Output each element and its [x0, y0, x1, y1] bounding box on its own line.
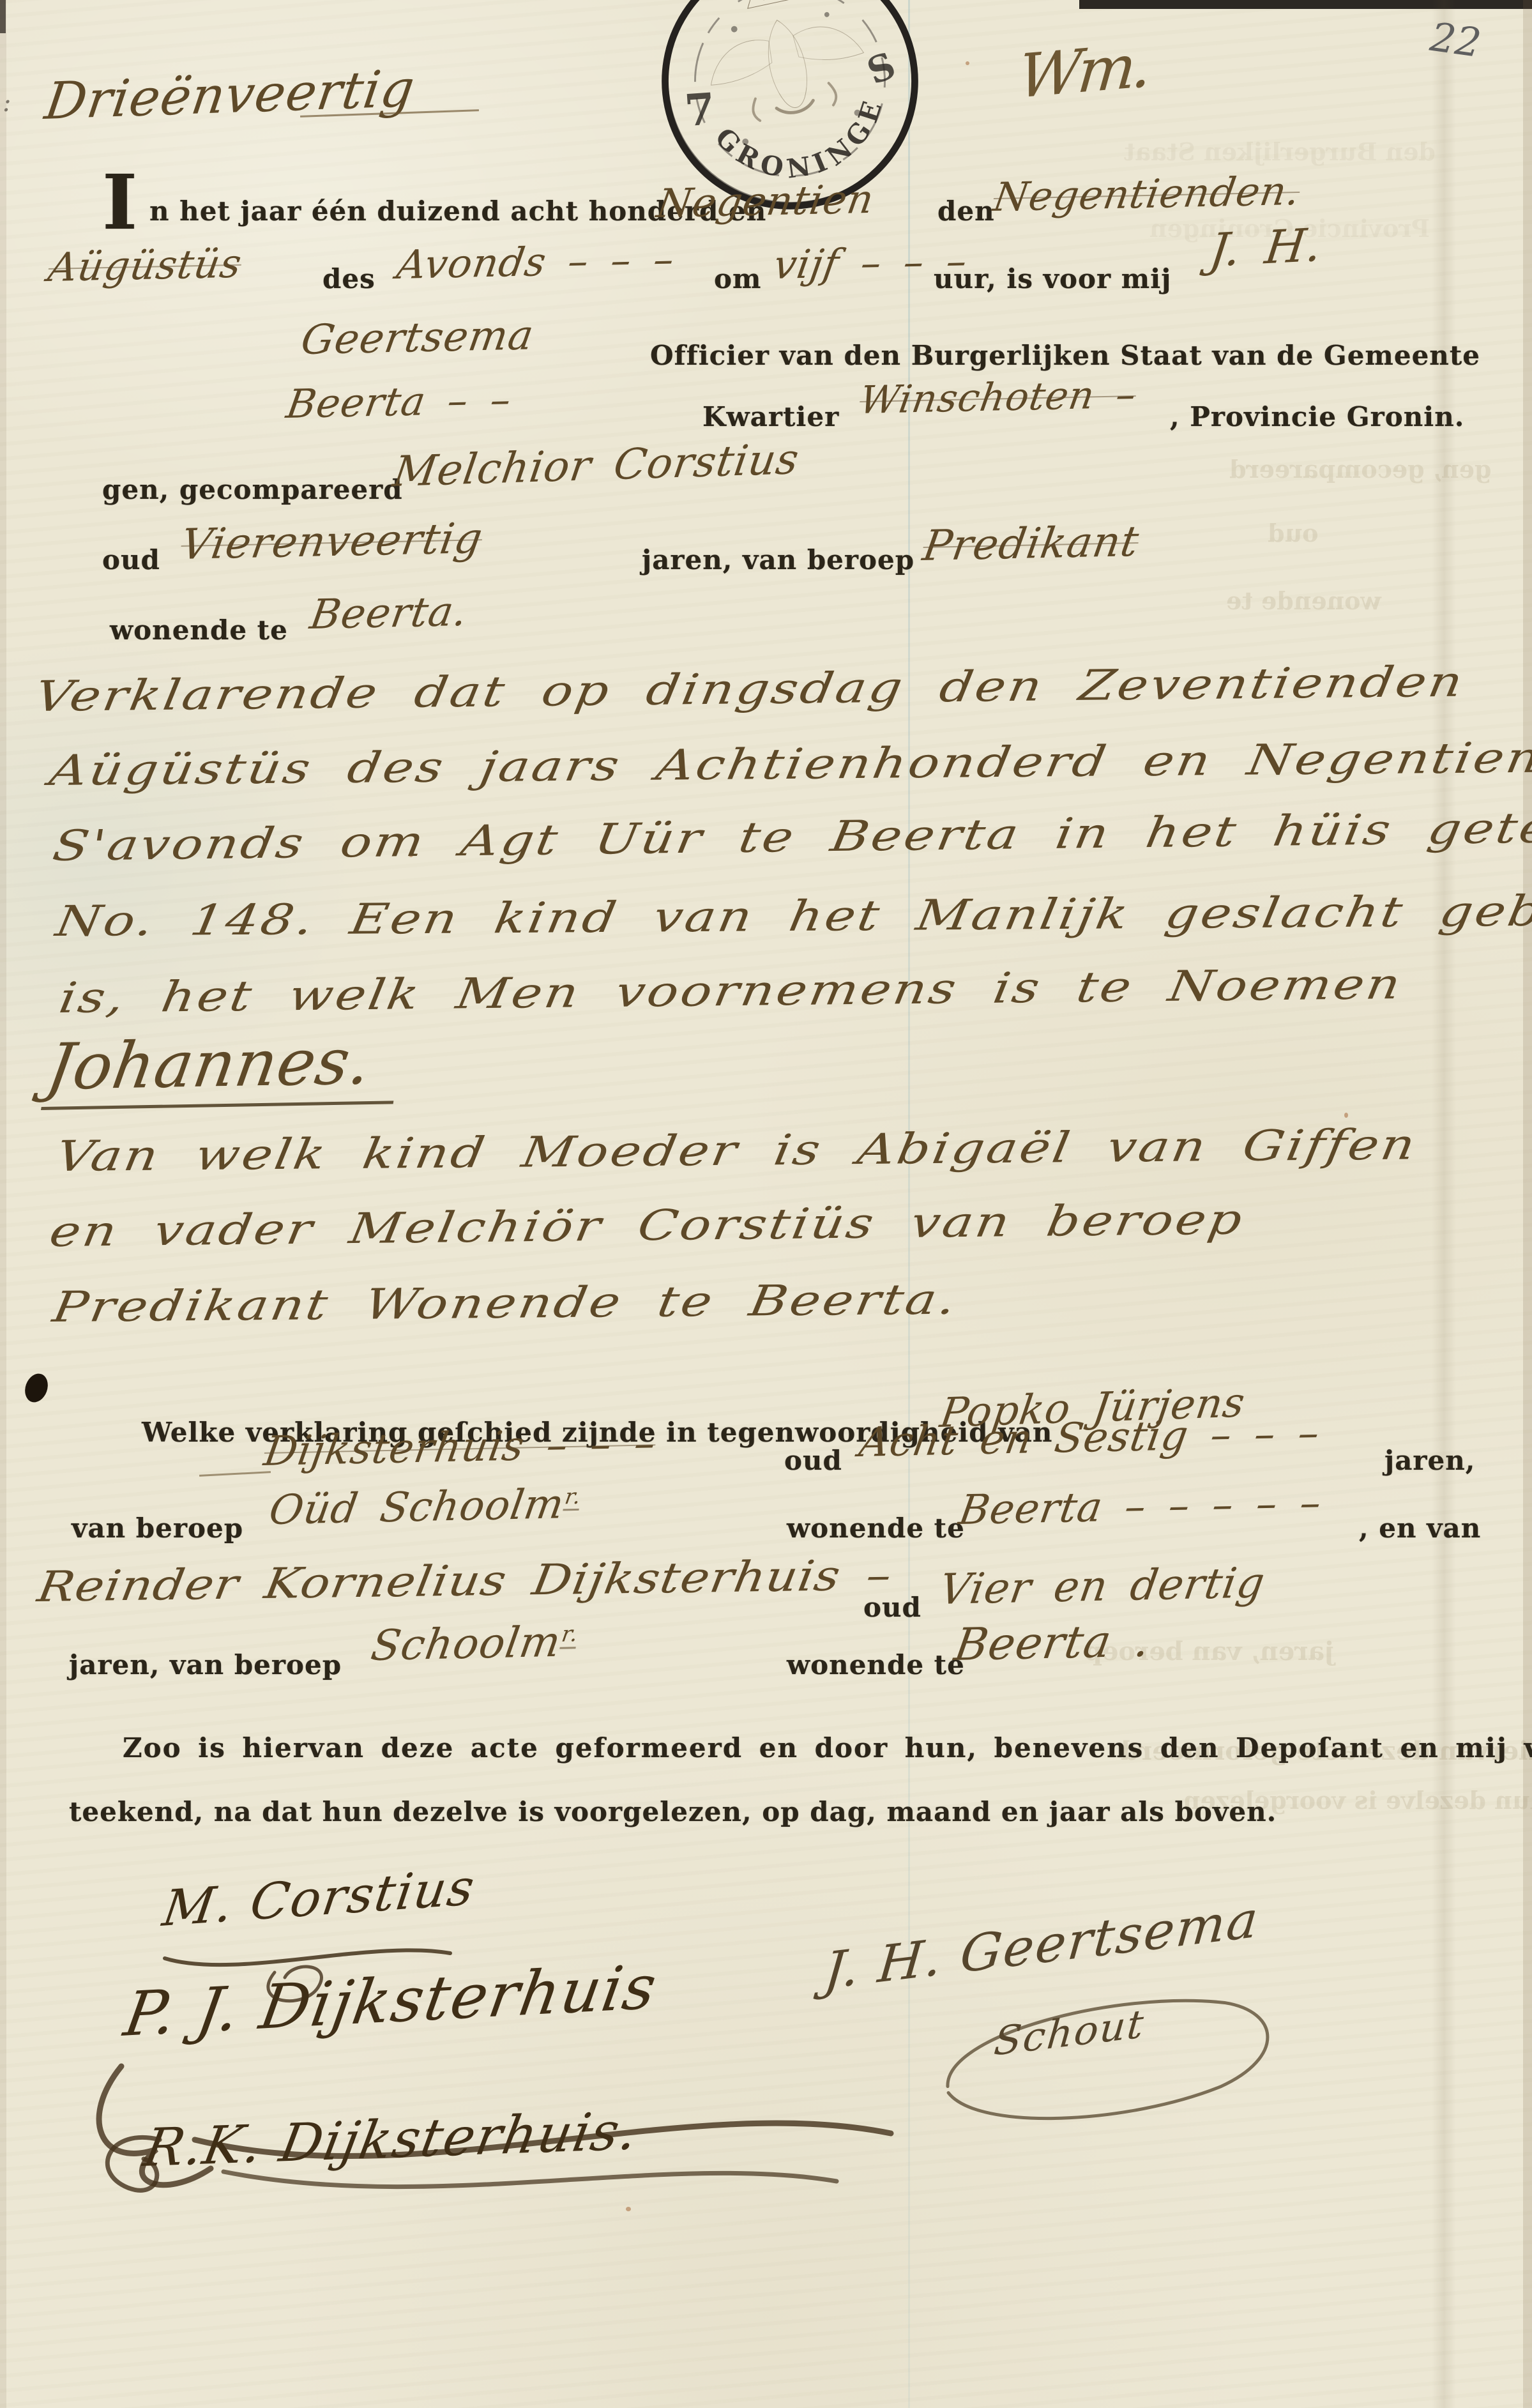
parents-line: Predikant Wonende te Beerta.: [49, 1275, 962, 1332]
entry-witness2-residence: Beerta .: [951, 1615, 1154, 1671]
act-number: Drieënveertig: [42, 59, 419, 131]
birth-record-page: gen, gecompareerd oud wonende te jaren, …: [0, 0, 1532, 2408]
bleedthrough-text: wonende te: [1226, 586, 1381, 615]
form-jaren: jaren,: [1384, 1445, 1475, 1476]
entry-comparant-age: Vierenveertig: [178, 514, 486, 569]
entry-comparant-name: Melchior Corstius: [390, 434, 803, 496]
entry-witness2-occupation: Schoolmr.: [368, 1617, 580, 1670]
declaration-line: Verklarende dat op dingsdag den Zeventie…: [31, 657, 1468, 721]
occupation-abbreviation: r.: [563, 1484, 582, 1511]
signature-declarant: M. Corstius: [159, 1859, 479, 1937]
form-officier: Officier van den Burgerlijken Staat van …: [650, 340, 1480, 371]
bleedthrough-text: oud: [1268, 519, 1319, 547]
entry-witness1-residence: Beerta – – – – –: [956, 1479, 1325, 1534]
form-oud: oud: [784, 1445, 842, 1476]
form-gecompareerd: gen, gecompareerd: [102, 474, 403, 505]
occupation-abbreviation: r.: [559, 1621, 580, 1649]
pen-flourish-line: [199, 1471, 271, 1477]
entry-comparant-residence: Beerta.: [307, 588, 471, 639]
declaration-line: Aügüstüs des jaars Achtienhonderd en Neg…: [46, 733, 1532, 795]
paper-edge-left: [0, 0, 6, 2408]
form-oud: oud: [863, 1592, 921, 1623]
entry-comparant-occupation: Predikant: [920, 517, 1142, 570]
stamp-left-numeral: 7: [683, 84, 717, 137]
declaration-line: No. 148. Een kind van het Manlijk geslac…: [52, 885, 1532, 946]
entry-witness1-occupation: Oüd Schoolmr.: [266, 1481, 584, 1534]
bleedthrough-text: gen, gecompareerd: [1229, 455, 1491, 484]
margin-mark: :: [3, 88, 11, 118]
occupation-text: Schoolm: [368, 1617, 565, 1670]
scan-edge-top: [1079, 0, 1532, 9]
form-wonende: wonende te: [110, 614, 288, 646]
clerk-monogram: Wm.: [1015, 31, 1151, 112]
page-number: 22: [1427, 13, 1483, 66]
form-en-van: , en van: [1359, 1513, 1481, 1544]
ink-blot: [21, 1371, 52, 1406]
stamp-crown-icon: [744, 0, 799, 8]
entry-witness1-age: Acht en Sestig – – –: [856, 1410, 1324, 1467]
form-van-beroep: van beroep: [72, 1513, 243, 1544]
entry-gemeente: Beerta – –: [284, 376, 515, 427]
entry-kwartier: Winschoten –: [856, 372, 1139, 423]
entry-witness2-name: Reinder Kornelius Dijksterhuis –: [34, 1550, 895, 1612]
entry-official-initials: J. H.: [1207, 218, 1325, 277]
form-kwartier: Kwartier: [702, 401, 839, 432]
drop-cap: I: [102, 165, 138, 240]
bleedthrough-text: den Burgerlijken Staat: [1124, 137, 1436, 166]
entry-daypart: Avonds – – –: [394, 236, 678, 288]
entry-official-surname: Geertsema: [298, 312, 538, 364]
occupation-text: Oüd Schoolm: [266, 1481, 568, 1534]
declaration-line: is, het welk Men voornemens is te Noemen: [56, 959, 1406, 1023]
entry-day: Negentienden.: [990, 167, 1304, 220]
form-den: den: [937, 195, 995, 227]
signature-flourish: [904, 1960, 1313, 2147]
parents-line: en vader Melchiör Corstiüs van beroep: [46, 1194, 1248, 1256]
entry-witness2-age: Vier en dertig: [936, 1558, 1268, 1614]
paper-speck: [966, 61, 969, 65]
entry-year: Negentien: [654, 176, 877, 227]
closing-line: Zoo is hiervan deze acte geformeerd en d…: [123, 1732, 1532, 1764]
form-om: om: [714, 263, 761, 294]
form-wonende: wonende te: [787, 1649, 965, 1680]
signature-flourish: [83, 2121, 179, 2210]
paper-speck: [626, 2207, 631, 2211]
form-jaren-beroep: jaren, van beroep: [69, 1649, 342, 1680]
child-name: Johannes.: [41, 1023, 406, 1110]
form-des: des: [322, 263, 375, 294]
entry-witness1-surname: Dijksterhuis – – –: [261, 1420, 660, 1475]
closing-line: teekend, na dat hun dezelve is voorgelez…: [69, 1796, 1277, 1827]
form-jaren-beroep: jaren, van beroep: [642, 544, 914, 575]
form-oud: oud: [102, 544, 160, 575]
form-wonende: wonende te: [787, 1513, 965, 1544]
form-provincie: , Provincie Gronin.: [1170, 401, 1464, 432]
parents-line: Van welk kind Moeder is Abigaël van Giff…: [52, 1120, 1421, 1181]
paper-edge-right: [1523, 0, 1532, 2408]
entry-month: Aügüstüs: [45, 240, 245, 291]
paper-speck: [1344, 1113, 1348, 1118]
stamp-right-letter: S: [861, 44, 902, 93]
declaration-line: S'avonds om Agt Uür te Beerta in het hüi…: [49, 802, 1532, 871]
form-uur: uur, is voor mij: [934, 263, 1171, 294]
